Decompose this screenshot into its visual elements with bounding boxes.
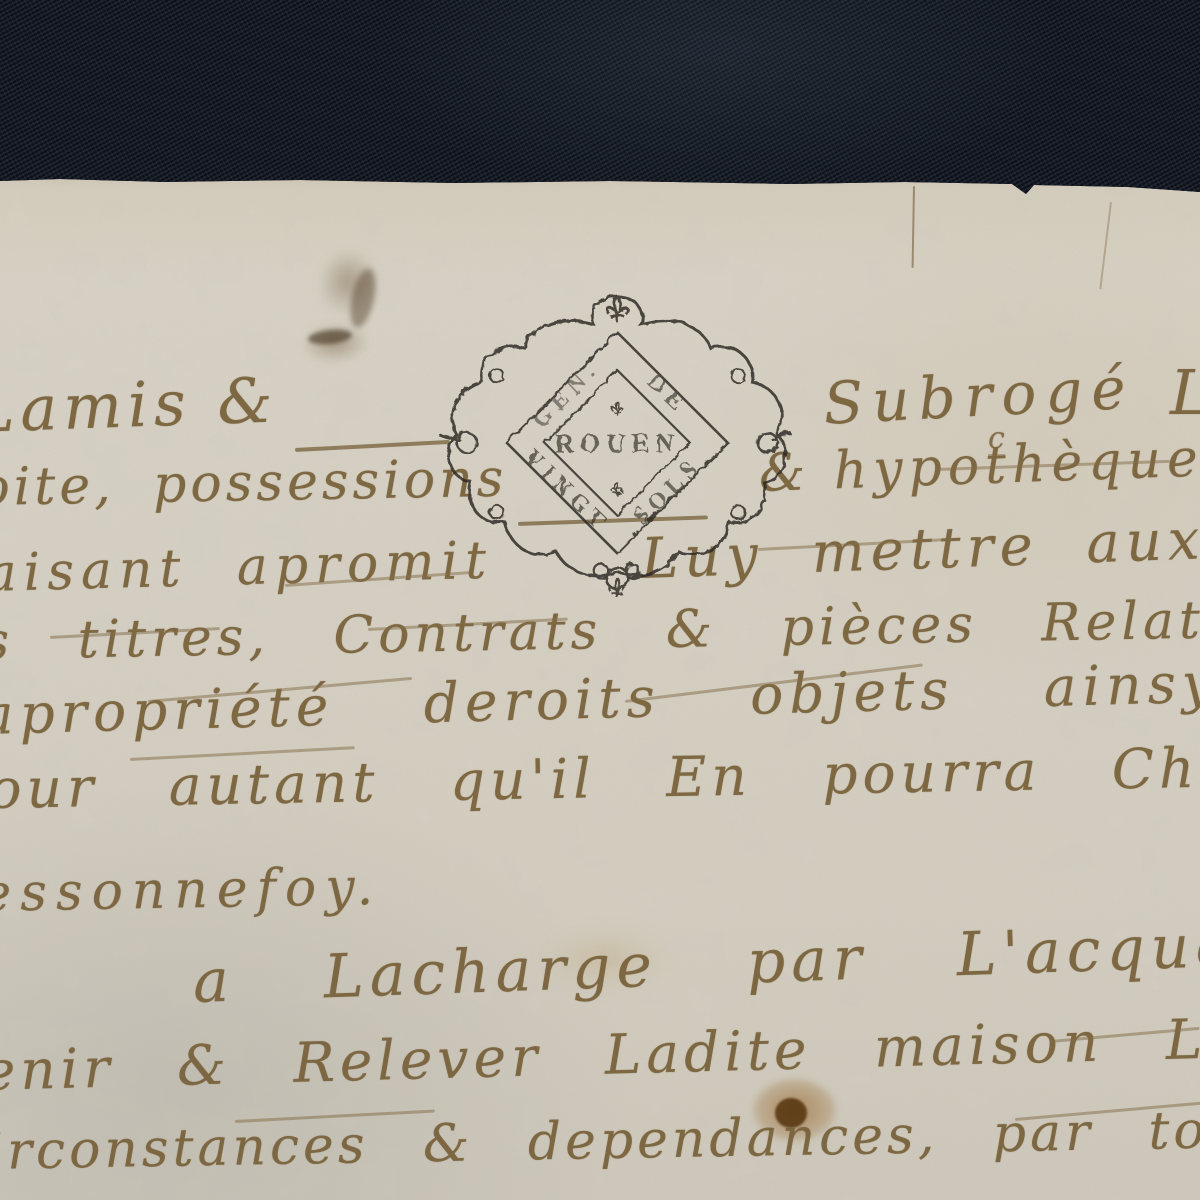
photo-canvas: Lamis & Subrogé L oite, possessions & hy… (0, 0, 1200, 1200)
interlinear-note: c (988, 424, 1005, 456)
handwriting-line: aisant apromit (0, 535, 494, 600)
handwriting-line: oite, possessions (0, 453, 508, 514)
background-fabric (0, 0, 1200, 200)
handwriting-line: essonnefoy. (0, 861, 383, 920)
fleur-de-lis-icon (608, 576, 623, 596)
handwriting-line: Lamis & (0, 369, 279, 442)
stamp-cartouche: GEN. DE VINGT SOLS ROUEN (438, 294, 790, 597)
stamp-text-rouen: ROUEN (553, 426, 679, 456)
handwriting-line: Subrogé (822, 359, 1136, 433)
handwriting-line: L (1170, 362, 1200, 424)
revenue-stamp: GEN. DE VINGT SOLS ROUEN (436, 282, 792, 604)
fleur-de-lis-icon (611, 400, 622, 414)
stamp-text-vingt: VINGT (518, 443, 613, 536)
stamp-text-de: DE (641, 367, 693, 418)
fleur-de-lis-icon (611, 481, 622, 495)
fleur-de-lis-icon (606, 294, 626, 321)
